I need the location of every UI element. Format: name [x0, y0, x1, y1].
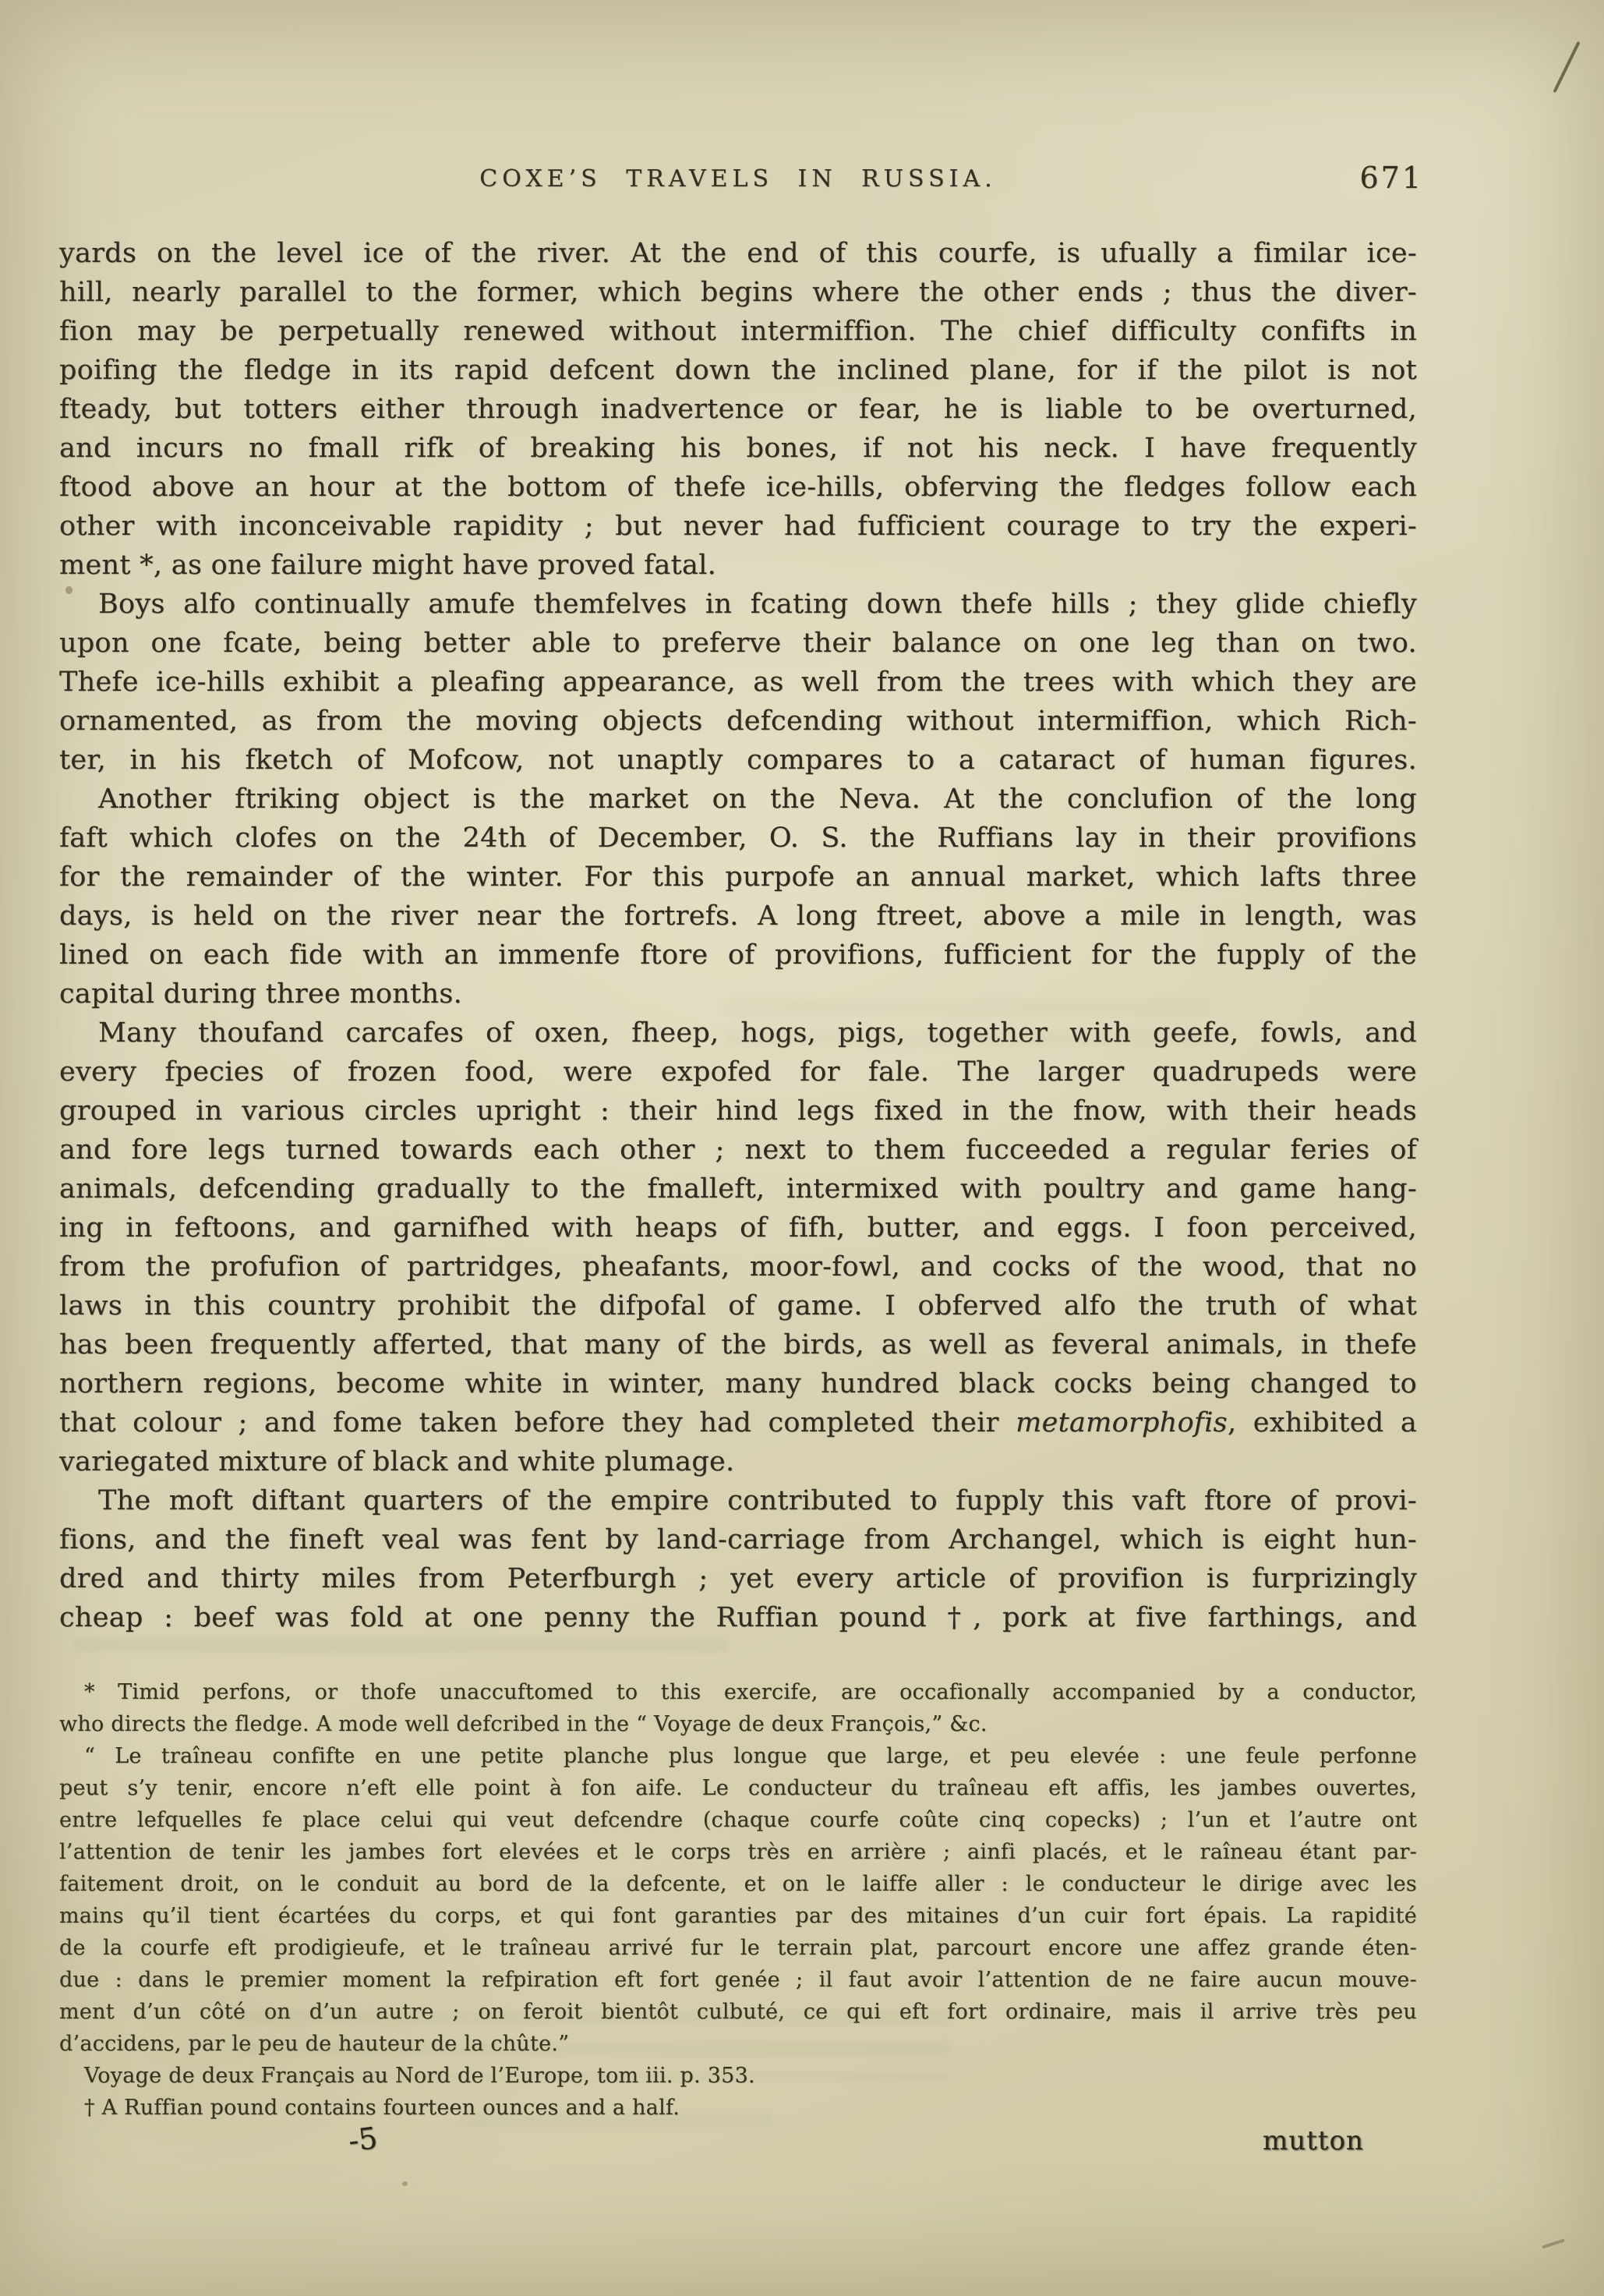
footnote-line: “ Le traîneau confifte en une petite pla… — [59, 1740, 1417, 1772]
text-segment: and incurs no fmall rifk of breaking his… — [59, 433, 1417, 464]
running-title: COXE’S TRAVELS IN RUSSIA. — [59, 165, 1417, 193]
body-line: fteady, but totters either through inadv… — [59, 390, 1417, 429]
text-segment: The moft diftant quarters of the empire … — [98, 1485, 1417, 1516]
catchword: mutton — [1263, 2125, 1364, 2156]
text-segment: , exhibited a — [1228, 1407, 1417, 1438]
text-segment: ment d’un côté on d’un autre ; on feroit… — [59, 2000, 1417, 2024]
body-line: fions, and the fineft veal was fent by l… — [59, 1520, 1417, 1559]
body-line: and fore legs turned towards each other … — [59, 1130, 1417, 1169]
body-line: days, is held on the river near the fort… — [59, 897, 1417, 936]
text-segment: animals, defcending gradually to the fma… — [59, 1173, 1417, 1205]
text-segment: Boys alfo continually amufe themfelves i… — [98, 589, 1417, 620]
footnote-line: l’attention de tenir les jambes fort ele… — [59, 1836, 1417, 1868]
body-line: faft which clofes on the 24th of Decembe… — [59, 819, 1417, 858]
ink-fleck — [65, 586, 72, 594]
text-segment: lined on each fide with an immenfe ftore… — [59, 939, 1417, 971]
body-line: every fpecies of frozen food, were expof… — [59, 1052, 1417, 1091]
footnote-line: entre lefquelles fe place celui qui veut… — [59, 1804, 1417, 1836]
body-line: that colour ; and fome taken before they… — [59, 1403, 1417, 1442]
ink-fleck — [402, 2181, 408, 2186]
body-line: ftood above an hour at the bottom of the… — [59, 468, 1417, 507]
signature-mark: -5 — [346, 2121, 379, 2158]
footnotes: * Timid perfons, or thofe unaccuftomed t… — [59, 1676, 1417, 2124]
footnote-line: due : dans le premier moment la refpirat… — [59, 1964, 1417, 1996]
text-segment: fions, and the fineft veal was fent by l… — [59, 1524, 1417, 1555]
body-line: Many thoufand carcafes of oxen, fheep, h… — [59, 1014, 1417, 1052]
body-line: grouped in various circles upright : the… — [59, 1091, 1417, 1130]
text-segment: cheap : beef was fold at one penny the R… — [59, 1602, 1417, 1633]
text-segment: Thefe ice-hills exhibit a pleafing appea… — [59, 667, 1417, 698]
text-segment: Another ftriking object is the market on… — [98, 784, 1417, 815]
text-segment: ter, in his fketch of Mofcow, not unaptl… — [59, 745, 1417, 776]
text-segment: l’attention de tenir les jambes fort ele… — [59, 1840, 1417, 1864]
book-page: COXE’S TRAVELS IN RUSSIA. 671 yards on t… — [0, 0, 1604, 2296]
page-number: 671 — [1359, 161, 1423, 195]
text-segment: d’accidens, par le peu de hauteur de la … — [59, 2032, 569, 2056]
text-segment: fteady, but totters either through inadv… — [59, 394, 1417, 425]
italic-text: metamorphofis — [1016, 1407, 1228, 1438]
body-line: and incurs no fmall rifk of breaking his… — [59, 429, 1417, 468]
footnote-line: † A Ruffian pound contains fourteen ounc… — [59, 2092, 1417, 2124]
text-segment: upon one fcate, being better able to pre… — [59, 628, 1417, 659]
body-line: ter, in his fketch of Mofcow, not unaptl… — [59, 741, 1417, 780]
footnote-line: mains qu’il tient écartées du corps, et … — [59, 1900, 1417, 1932]
body-line: dred and thirty miles from Peterfburgh ;… — [59, 1559, 1417, 1598]
text-segment: other with inconceivable rapidity ; but … — [59, 511, 1417, 542]
body-text: yards on the level ice of the river. At … — [59, 234, 1417, 1637]
text-segment: hill, nearly parallel to the former, whi… — [59, 277, 1417, 308]
footnote-line: Voyage de deux Français au Nord de l’Eur… — [59, 2060, 1417, 2092]
text-segment: Voyage de deux Français au Nord de l’Eur… — [84, 2064, 755, 2088]
text-segment: variegated mixture of black and white pl… — [59, 1446, 734, 1477]
text-segment: northern regions, become white in winter… — [59, 1368, 1417, 1399]
text-segment: Many thoufand carcafes of oxen, fheep, h… — [98, 1017, 1417, 1049]
footnote-line: de la courfe eft prodigieufe, et le traî… — [59, 1932, 1417, 1964]
text-segment: every fpecies of frozen food, were expof… — [59, 1056, 1417, 1088]
body-line: northern regions, become white in winter… — [59, 1364, 1417, 1403]
text-segment: days, is held on the river near the fort… — [59, 900, 1417, 932]
text-segment: dred and thirty miles from Peterfburgh ;… — [59, 1563, 1417, 1594]
text-segment: has been frequently afferted, that many … — [59, 1329, 1417, 1360]
text-segment: de la courfe eft prodigieufe, et le traî… — [59, 1936, 1417, 1960]
text-segment: mains qu’il tient écartées du corps, et … — [59, 1904, 1417, 1928]
text-segment: faft which clofes on the 24th of Decembe… — [59, 823, 1417, 854]
body-line: Thefe ice-hills exhibit a pleafing appea… — [59, 663, 1417, 702]
footnote-line: faitement droit, on le conduit au bord d… — [59, 1868, 1417, 1900]
footnote-line: d’accidens, par le peu de hauteur de la … — [59, 2028, 1417, 2060]
body-line: fion may be perpetually renewed without … — [59, 312, 1417, 351]
text-segment: that colour ; and fome taken before they… — [59, 1407, 1016, 1438]
text-segment: who directs the fledge. A mode well defc… — [59, 1712, 987, 1736]
body-line: cheap : beef was fold at one penny the R… — [59, 1598, 1417, 1637]
text-segment: due : dans le premier moment la refpirat… — [59, 1968, 1417, 1992]
text-segment: “ Le traîneau confifte en une petite pla… — [84, 1744, 1417, 1768]
body-line: laws in this country prohibit the difpof… — [59, 1286, 1417, 1325]
body-line: Another ftriking object is the market on… — [59, 780, 1417, 819]
body-line: from the profufion of partridges, pheafa… — [59, 1247, 1417, 1286]
text-segment: capital during three months. — [59, 978, 462, 1010]
body-line: ing in feftoons, and garnifhed with heap… — [59, 1208, 1417, 1247]
text-segment: and fore legs turned towards each other … — [59, 1134, 1417, 1166]
body-line: upon one fcate, being better able to pre… — [59, 624, 1417, 663]
footnote-line: who directs the fledge. A mode well defc… — [59, 1708, 1417, 1740]
text-segment: yards on the level ice of the river. At … — [59, 238, 1417, 269]
body-line: ment *, as one failure might have proved… — [59, 546, 1417, 585]
body-line: animals, defcending gradually to the fma… — [59, 1169, 1417, 1208]
body-line: poifing the fledge in its rapid defcent … — [59, 351, 1417, 390]
body-line: hill, nearly parallel to the former, whi… — [59, 273, 1417, 312]
body-line: yards on the level ice of the river. At … — [59, 234, 1417, 273]
footnote-line: ment d’un côté on d’un autre ; on feroit… — [59, 1996, 1417, 2028]
text-segment: poifing the fledge in its rapid defcent … — [59, 355, 1417, 386]
text-segment: fion may be perpetually renewed without … — [59, 316, 1417, 347]
pencil-mark — [1542, 2238, 1565, 2248]
body-line: ornamented, as from the moving objects d… — [59, 702, 1417, 741]
text-segment: from the profufion of partridges, pheafa… — [59, 1251, 1417, 1282]
body-line: other with inconceivable rapidity ; but … — [59, 507, 1417, 546]
text-segment: peut s’y tenir, encore n’eft elle point … — [59, 1776, 1417, 1800]
text-segment: ftood above an hour at the bottom of the… — [59, 472, 1417, 503]
text-segment: ornamented, as from the moving objects d… — [59, 706, 1417, 737]
footnote-line: peut s’y tenir, encore n’eft elle point … — [59, 1772, 1417, 1804]
text-segment: for the remainder of the winter. For thi… — [59, 861, 1417, 893]
body-line: lined on each fide with an immenfe ftore… — [59, 936, 1417, 975]
footnote-line: * Timid perfons, or thofe unaccuftomed t… — [59, 1676, 1417, 1708]
pen-mark — [1553, 41, 1580, 93]
body-line: capital during three months. — [59, 975, 1417, 1014]
body-line: has been frequently afferted, that many … — [59, 1325, 1417, 1364]
body-line: for the remainder of the winter. For thi… — [59, 858, 1417, 897]
text-segment: entre lefquelles fe place celui qui veut… — [59, 1808, 1417, 1832]
text-segment: laws in this country prohibit the difpof… — [59, 1290, 1417, 1321]
body-line: Boys alfo continually amufe themfelves i… — [59, 585, 1417, 624]
text-segment: † A Ruffian pound contains fourteen ounc… — [84, 2096, 680, 2120]
text-segment: faitement droit, on le conduit au bord d… — [59, 1872, 1417, 1896]
text-segment: grouped in various circles upright : the… — [59, 1095, 1417, 1127]
text-segment: ment *, as one failure might have proved… — [59, 550, 716, 581]
text-segment: ing in feftoons, and garnifhed with heap… — [59, 1212, 1417, 1244]
body-line: The moft diftant quarters of the empire … — [59, 1481, 1417, 1520]
text-segment: * Timid perfons, or thofe unaccuftomed t… — [84, 1680, 1417, 1704]
body-line: variegated mixture of black and white pl… — [59, 1442, 1417, 1481]
